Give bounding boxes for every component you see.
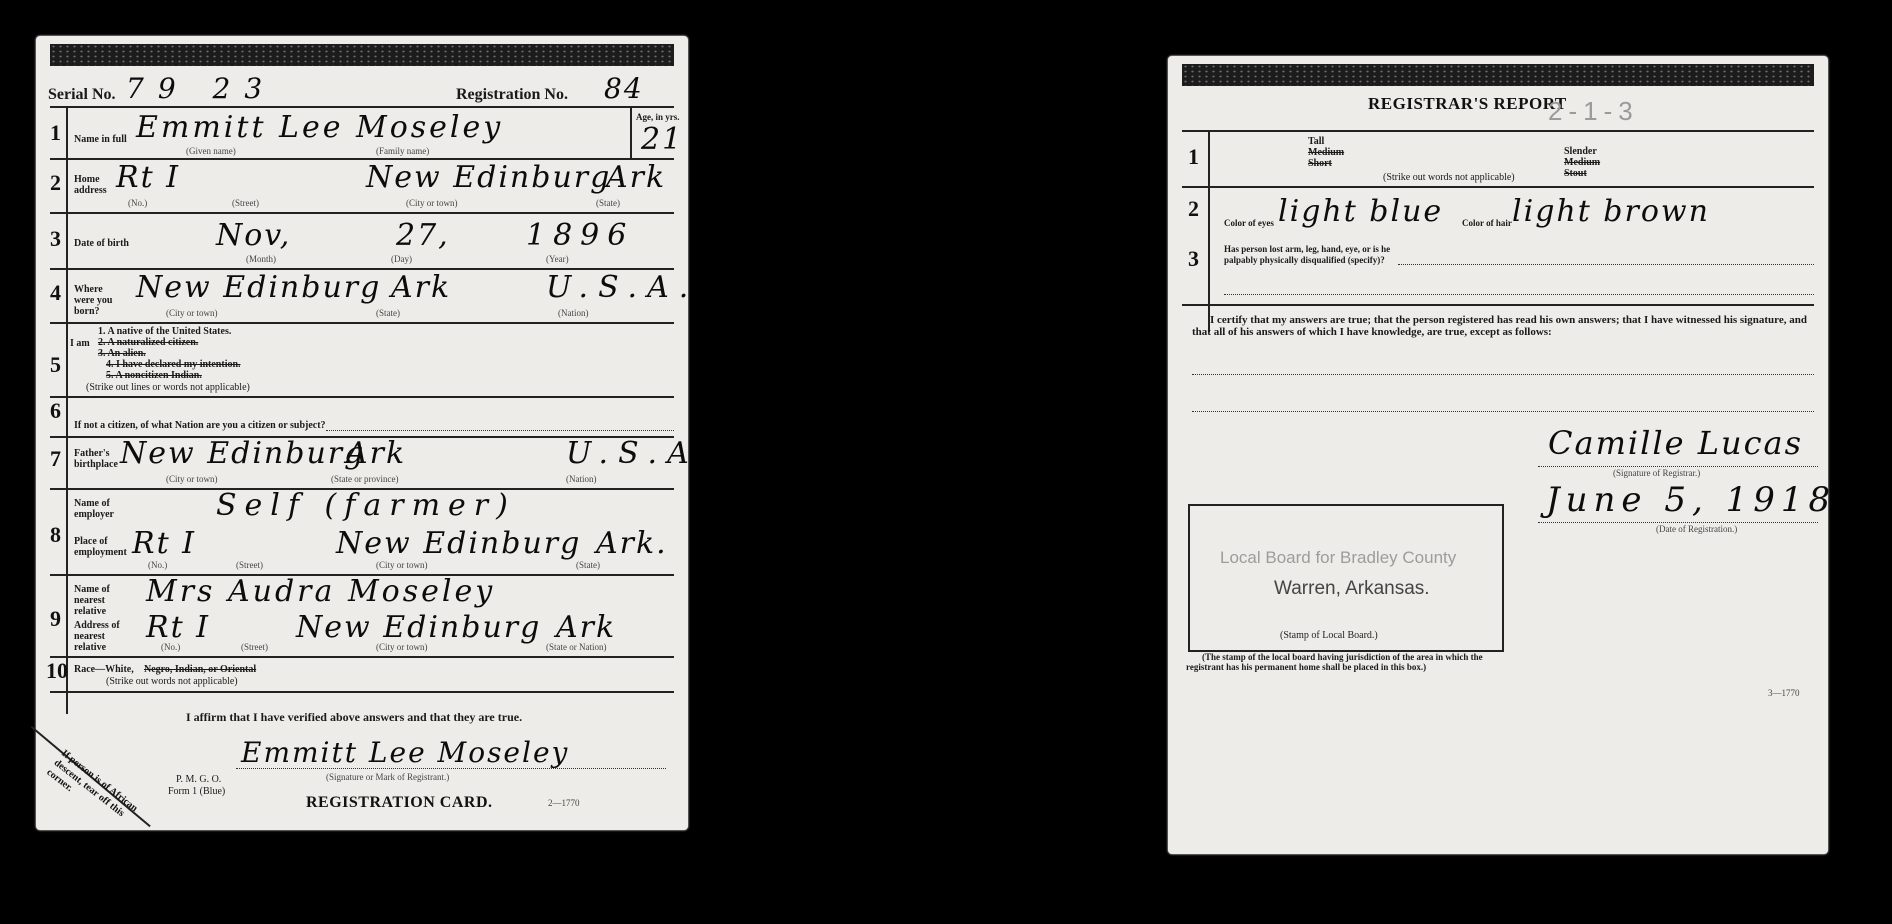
- caption: (No.): [148, 560, 167, 570]
- header-bar: [1182, 64, 1814, 86]
- father-birthplace-nation: U.S.A: [566, 436, 699, 471]
- header-bar: [50, 44, 674, 66]
- row-number: 6: [50, 398, 61, 424]
- row-number: 2: [50, 170, 61, 196]
- citizenship-option: 4. I have declared my intention.: [106, 359, 241, 370]
- age-value: 21: [641, 122, 683, 157]
- stamp-instructions: (The stamp of the local board having jur…: [1186, 652, 1506, 672]
- caption: (State): [376, 308, 400, 318]
- divider: [50, 212, 674, 214]
- citizenship-note: (Strike out lines or words not applicabl…: [86, 382, 250, 393]
- caption: (City or town): [406, 198, 458, 208]
- stamp-caption: (Stamp of Local Board.): [1280, 630, 1378, 641]
- number-column-line: [1208, 132, 1210, 332]
- relative-name-value: Mrs Audra Moseley: [146, 574, 495, 609]
- row-number: 3: [50, 226, 61, 252]
- name-label: Name in full: [74, 134, 127, 145]
- citizenship-option: 5. A noncitizen Indian.: [106, 370, 202, 381]
- height-option: Tall: [1308, 136, 1324, 147]
- caption: (Nation): [566, 474, 597, 484]
- build-option: Slender: [1564, 146, 1597, 157]
- row-number: 4: [50, 280, 61, 306]
- disqualification-question: Has person lost arm, leg, hand, eye, or …: [1224, 244, 1424, 266]
- registrar-signature: Camille Lucas: [1548, 424, 1803, 462]
- row-number: 3: [1188, 246, 1199, 272]
- relative-address-city: New Edinburg: [296, 610, 541, 645]
- caption: (City or town): [166, 308, 218, 318]
- print-code: 3—1770: [1768, 688, 1800, 698]
- home-address-label: Home address: [74, 174, 114, 196]
- birthplace-city: New Edinburg: [136, 270, 381, 305]
- caption: (Street): [241, 642, 268, 652]
- height-option: Medium: [1308, 147, 1344, 158]
- registration-date: June 5, 1918: [1546, 480, 1836, 520]
- stamp-line-1: Local Board for Bradley County: [1220, 548, 1456, 568]
- build-option: Medium: [1564, 157, 1600, 168]
- registration-value: 84: [604, 72, 644, 105]
- caption: (No.): [161, 642, 180, 652]
- form-name: Form 1 (Blue): [168, 786, 225, 797]
- divider: [50, 691, 674, 693]
- father-birthplace-label: Father's birthplace: [74, 448, 116, 470]
- row-number: 1: [1188, 144, 1199, 170]
- exception-line: [1192, 374, 1814, 375]
- father-birthplace-city: New Edinburg: [120, 436, 365, 471]
- dob-year: 1896: [526, 218, 634, 253]
- employment-place-no: Rt I: [132, 526, 196, 561]
- form-id: P. M. G. O.: [176, 774, 221, 785]
- divider: [50, 396, 674, 398]
- report-title: REGISTRAR'S REPORT: [1368, 94, 1567, 114]
- row-number: 1: [50, 120, 61, 146]
- row-number: 5: [50, 352, 61, 378]
- registrant-signature: Emmitt Lee Moseley: [241, 736, 569, 769]
- row-number: 8: [50, 522, 61, 548]
- row-number: 2: [1188, 196, 1199, 222]
- birthplace-nation: U.S.A.: [546, 270, 698, 305]
- name-value: Emmitt Lee Moseley: [136, 110, 503, 145]
- divider: [50, 106, 674, 108]
- local-board-stamp-box: Local Board for Bradley County Warren, A…: [1188, 504, 1504, 652]
- exception-line: [1192, 411, 1814, 412]
- home-address-no: Rt I: [116, 160, 180, 195]
- employment-place-city: New Edinburg: [336, 526, 581, 561]
- date-caption: (Date of Registration.): [1656, 524, 1737, 534]
- dob-label: Date of birth: [74, 238, 129, 249]
- race-struck-options: Negro, Indian, or Oriental: [144, 664, 256, 675]
- caption: (Nation): [558, 308, 589, 318]
- caption: (Street): [232, 198, 259, 208]
- signature-line: [1538, 466, 1818, 467]
- stamp-line-2: Warren, Arkansas.: [1274, 578, 1430, 600]
- caption: (City or town): [376, 560, 428, 570]
- citizenship-option: 1. A native of the United States.: [98, 326, 231, 337]
- employer-label: Name of employer: [74, 498, 118, 520]
- hair-color-value: light brown: [1512, 194, 1710, 229]
- caption: (Street): [236, 560, 263, 570]
- age-divider: [630, 108, 632, 158]
- citizenship-option: 3. An alien.: [98, 348, 146, 359]
- answer-line: [326, 430, 674, 431]
- serial-label: Serial No.: [48, 86, 116, 104]
- eye-color-label: Color of eyes: [1224, 218, 1274, 229]
- divider: [1182, 186, 1814, 188]
- employment-place-state: Ark.: [596, 526, 668, 561]
- signature-line: [236, 768, 666, 769]
- relative-name-label: Name of nearest relative: [74, 584, 134, 617]
- divider: [1182, 130, 1814, 132]
- dob-month: Nov,: [216, 218, 291, 253]
- citizenship-label: I am: [70, 338, 90, 349]
- given-name-caption: (Given name): [186, 146, 236, 156]
- stamp-number: 2-1-3: [1548, 96, 1639, 127]
- caption: (State): [596, 198, 620, 208]
- tear-off-corner-note: If person is of African descent, tear of…: [44, 748, 145, 838]
- answer-line: [1224, 294, 1814, 295]
- race-note: (Strike out words not applicable): [106, 676, 238, 687]
- nation-question: If not a citizen, of what Nation are you…: [74, 420, 326, 431]
- divider: [50, 656, 674, 658]
- caption: (State): [576, 560, 600, 570]
- registration-label: Registration No.: [456, 86, 568, 104]
- build-option: Stout: [1564, 168, 1587, 179]
- birthplace-label: Where were you born?: [74, 284, 124, 317]
- registrars-report-card: REGISTRAR'S REPORT 2-1-3 1 Tall Medium S…: [1168, 56, 1828, 854]
- caption: (Month): [246, 254, 276, 264]
- serial-value: 79 23: [126, 72, 276, 105]
- answer-line: [1398, 264, 1814, 265]
- certification-text: I certify that my answers are true; that…: [1192, 314, 1816, 338]
- number-column-line: [66, 108, 68, 714]
- eye-color-value: light blue: [1278, 194, 1443, 229]
- height-option: Short: [1308, 158, 1332, 169]
- divider: [50, 322, 674, 324]
- relative-address-no: Rt I: [146, 610, 210, 645]
- caption: (City or town): [376, 642, 428, 652]
- date-line: [1538, 522, 1818, 523]
- employer-value: Self (farmer): [216, 488, 516, 523]
- card-title: REGISTRATION CARD.: [306, 794, 493, 812]
- home-address-state: Ark: [606, 160, 666, 195]
- citizenship-option: 2. A naturalized citizen.: [98, 337, 198, 348]
- relative-address-state: Ark: [556, 610, 616, 645]
- caption: (State or Nation): [546, 642, 606, 652]
- row-number: 10: [46, 658, 68, 684]
- divider: [1182, 304, 1814, 306]
- signature-caption: (Signature or Mark of Registrant.): [326, 772, 449, 782]
- dob-day: 27,: [396, 218, 450, 253]
- caption: (Day): [391, 254, 412, 264]
- birthplace-state: Ark: [391, 270, 451, 305]
- caption: (Year): [546, 254, 569, 264]
- row-number: 7: [50, 446, 61, 472]
- hair-color-label: Color of hair: [1462, 218, 1512, 229]
- caption: (City or town): [166, 474, 218, 484]
- row-number: 9: [50, 606, 61, 632]
- family-name-caption: (Family name): [376, 146, 429, 156]
- home-address-city: New Edinburg: [366, 160, 611, 195]
- print-code: 2—1770: [548, 798, 580, 808]
- registration-card: Serial No. 79 23 Registration No. 84 1 N…: [36, 36, 688, 830]
- build-note: (Strike out words not applicable): [1383, 172, 1515, 183]
- relative-address-label: Address of nearest relative: [74, 620, 134, 653]
- race-label: Race—White,: [74, 664, 134, 675]
- employment-place-label: Place of employment: [74, 536, 134, 558]
- father-birthplace-state: Ark: [346, 436, 406, 471]
- affirm-text: I affirm that I have verified above answ…: [186, 712, 522, 723]
- caption: (State or province): [331, 474, 398, 484]
- registrar-caption: (Signature of Registrar.): [1613, 468, 1700, 478]
- caption: (No.): [128, 198, 147, 208]
